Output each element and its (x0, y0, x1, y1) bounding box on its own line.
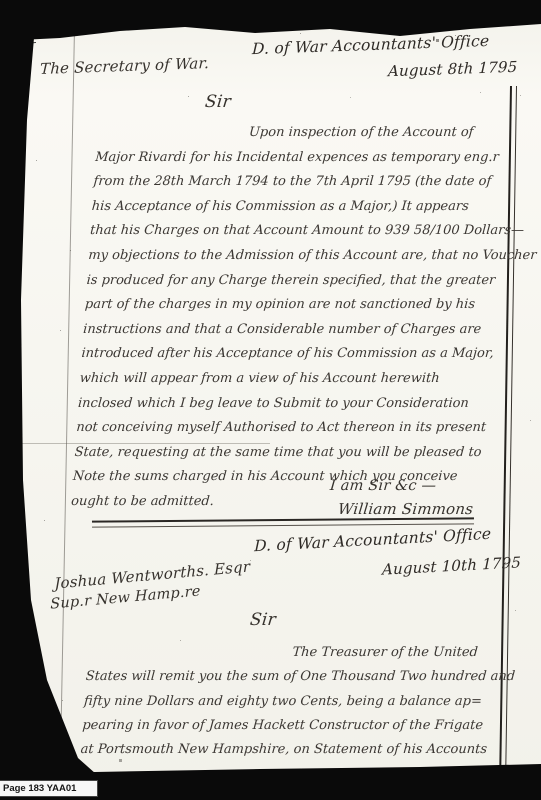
letter1-body-line: inclosed which I beg leave to Submit to … (77, 392, 511, 417)
letter1-body-line: his Acceptance of his Commission as a Ma… (91, 195, 525, 220)
footer-page-label: Page 183 YAA01 (0, 780, 98, 797)
letter1-body-line: not conceiving myself Authorised to Act … (75, 416, 509, 441)
letter1-body-line: Upon inspection of the Account of (96, 121, 530, 146)
letter1-body-line: introduced after his Acceptance of his C… (81, 342, 515, 367)
letter1-body-line: from the 28th March 1794 to the 7th Apri… (93, 170, 527, 195)
letter1-body-line: part of the charges in my opinion are no… (84, 293, 518, 318)
letter1-body-line: State, requesting at the same time that … (74, 441, 508, 466)
letter1-body: Upon inspection of the Account of Major … (70, 121, 530, 515)
letter2-body-line: at Portsmouth New Hampshire, on Statemen… (80, 738, 517, 762)
letter1-body-line: that his Charges on that Account Amount … (89, 219, 523, 244)
letter1-body-line: my objections to the Admission of this A… (87, 244, 521, 269)
letter2-salutation: Sir (249, 610, 277, 630)
letter2-body-line: fifty nine Dollars and eighty two Cents,… (83, 690, 520, 714)
letter1-body-line: is produced for any Charge therein speci… (86, 269, 520, 294)
letter1-salutation: Sir (204, 92, 232, 112)
letter1-body-line: Note the sums charged in his Account whi… (72, 465, 506, 490)
letter1-body-line: which will appear from a view of his Acc… (79, 367, 513, 392)
letter2-body-line: States will remit you the sum of One Tho… (85, 665, 522, 689)
letter2-body-line: pearing in favor of James Hackett Constr… (81, 714, 518, 738)
letter1-body-line: instructions and that a Considerable num… (82, 318, 516, 343)
letter2-body-line: The Treasurer of the United (87, 641, 524, 665)
letter2-body: The Treasurer of the United States will … (80, 641, 523, 762)
letter1-closing: I am Sir &c — (329, 478, 437, 494)
letter1-signature: William Simmons (337, 500, 474, 518)
letter1-body-line: Major Rivardi for his Incidental expence… (94, 146, 528, 171)
scanned-document: 180 D. of War Accountants' Office August… (0, 0, 541, 800)
